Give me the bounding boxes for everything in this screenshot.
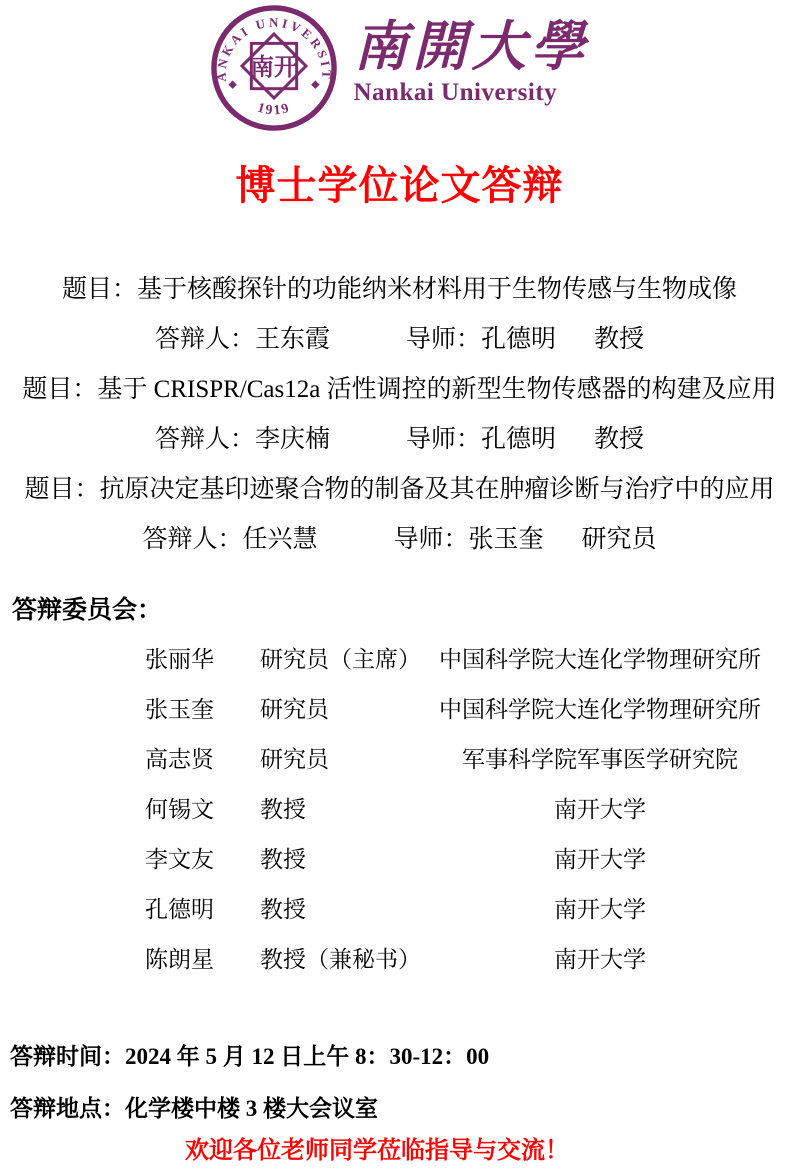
member-name: 孔德明 [145,885,260,935]
member-affiliation: 南开大学 [420,935,780,985]
wordmark-english: Nankai University [354,80,590,106]
announcement-page: NANKAI UNIVERSITY 1919 南开 南開大學 Nankai Un… [0,0,799,1176]
defense-place: 答辩地点：化学楼中楼 3 楼大会议室 [10,1093,378,1125]
svg-text:1919: 1919 [255,100,292,118]
member-name: 高志贤 [145,735,260,785]
member-affiliation: 中国科学院大连化学物理研究所 [420,635,780,685]
topic-2-title: 题目：基于 CRISPR/Cas12a 活性调控的新型生物传感器的构建及应用 [0,365,799,415]
topic-3-candidate: 任兴慧 [242,515,317,565]
topic-1-candidate: 王东霞 [255,315,330,365]
topic-3-supervisor: 张玉奎 [469,515,544,565]
member-title: 教授（兼秘书） [260,935,420,985]
topic-3-title-text: 抗原决定基印迹聚合物的制备及其在肿瘤诊断与治疗中的应用 [100,476,775,503]
topics-section: 题目：基于核酸探针的功能纳米材料用于生物传感与生物成像 答辩人：王东霞 导师：孔… [0,265,799,565]
page-title: 博士学位论文答辩 [0,158,799,214]
member-affiliation: 南开大学 [420,785,780,835]
university-logo: NANKAI UNIVERSITY 1919 南开 南開大學 Nankai Un… [0,4,799,132]
topic-1-title-text: 基于核酸探针的功能纳米材料用于生物传感与生物成像 [137,276,737,303]
wordmark-chinese: 南開大學 [354,16,590,78]
member-affiliation: 中国科学院大连化学物理研究所 [420,685,780,735]
defender-label: 答辩人： [155,315,255,365]
topic-2-candidate: 李庆楠 [255,415,330,465]
committee-table: 张丽华 研究员（主席） 中国科学院大连化学物理研究所 张玉奎 研究员 中国科学院… [145,635,780,985]
topic-3-supervisor-title: 研究员 [582,515,657,565]
seal-year: 1919 [255,100,292,118]
nankai-seal-icon: NANKAI UNIVERSITY 1919 南开 [210,4,338,132]
member-title: 研究员（主席） [260,635,420,685]
topic-2-supervisor: 孔德明 [481,415,556,465]
member-name: 张玉奎 [145,685,260,735]
topic-3: 题目：抗原决定基印迹聚合物的制备及其在肿瘤诊断与治疗中的应用 答辩人：任兴慧 导… [0,465,799,565]
seal-right-dot [311,81,319,89]
member-affiliation: 军事科学院军事医学研究院 [420,735,780,785]
topic-1-title: 题目：基于核酸探针的功能纳米材料用于生物传感与生物成像 [0,265,799,315]
defense-time: 答辩时间：2024 年 5 月 12 日上午 8：30-12：00 [10,1041,489,1073]
defender-label: 答辩人： [142,515,242,565]
member-title: 研究员 [260,685,420,735]
member-name: 李文友 [145,835,260,885]
spacer [556,315,594,365]
topic-label: 题目： [22,376,97,403]
spacer [556,415,594,465]
spacer [544,515,582,565]
topic-1: 题目：基于核酸探针的功能纳米材料用于生物传感与生物成像 答辩人：王东霞 导师：孔… [0,265,799,365]
topic-3-title: 题目：抗原决定基印迹聚合物的制备及其在肿瘤诊断与治疗中的应用 [0,465,799,515]
member-title: 教授 [260,785,420,835]
topic-label: 题目： [62,276,137,303]
member-title: 研究员 [260,735,420,785]
topic-2-supervisor-title: 教授 [594,415,644,465]
supervisor-label: 导师： [406,315,481,365]
welcome-message: 欢迎各位老师同学莅临指导与交流！ [185,1134,569,1168]
time-label: 答辩时间： [10,1044,125,1069]
place-value: 化学楼中楼 3 楼大会议室 [125,1096,378,1121]
member-name: 张丽华 [145,635,260,685]
topic-2: 题目：基于 CRISPR/Cas12a 活性调控的新型生物传感器的构建及应用 答… [0,365,799,465]
topic-3-people: 答辩人：任兴慧 导师：张玉奎 研究员 [0,515,799,565]
topic-1-supervisor-title: 教授 [594,315,644,365]
spacer [317,515,393,565]
member-affiliation: 南开大学 [420,885,780,935]
seal-center-characters: 南开 [250,53,298,81]
topic-1-people: 答辩人：王东霞 导师：孔德明 教授 [0,315,799,365]
member-name: 何锡文 [145,785,260,835]
defender-label: 答辩人： [155,415,255,465]
member-title: 教授 [260,885,420,935]
place-label: 答辩地点： [10,1096,125,1121]
spacer [330,415,406,465]
committee-heading: 答辩委员会： [12,593,162,629]
topic-2-title-text: 基于 CRISPR/Cas12a 活性调控的新型生物传感器的构建及应用 [97,376,776,403]
supervisor-label: 导师： [393,515,468,565]
seal-left-dot [228,81,236,89]
topic-1-supervisor: 孔德明 [481,315,556,365]
time-value: 2024 年 5 月 12 日上午 8：30-12：00 [125,1044,489,1069]
spacer [330,315,406,365]
topic-label: 题目： [24,476,99,503]
member-affiliation: 南开大学 [420,835,780,885]
supervisor-label: 导师： [406,415,481,465]
topic-2-people: 答辩人：李庆楠 导师：孔德明 教授 [0,415,799,465]
member-name: 陈朗星 [145,935,260,985]
member-title: 教授 [260,835,420,885]
wordmark: 南開大學 Nankai University [354,4,590,106]
